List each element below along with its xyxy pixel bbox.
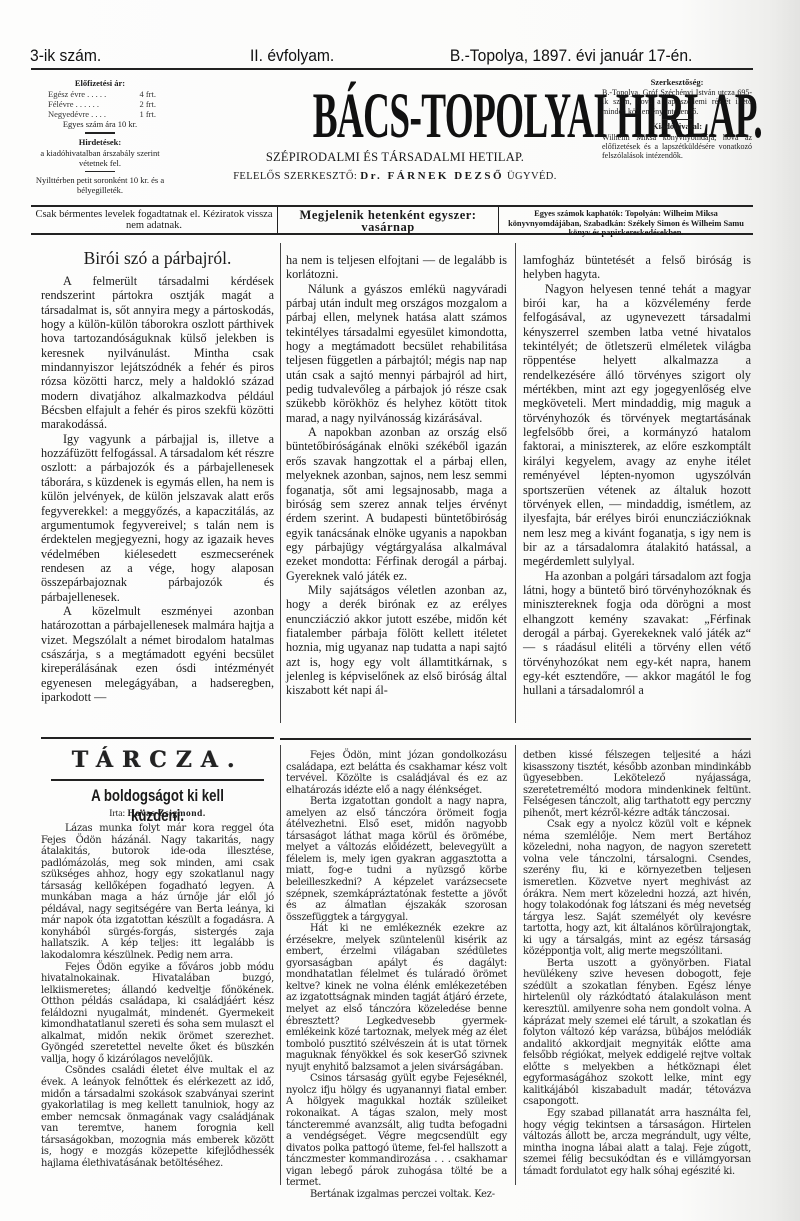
divider	[85, 171, 115, 173]
issue-line: 3-ik szám. II. évfolyam. B.-Topolya, 189…	[30, 46, 692, 66]
editorial-heading: Szerkesztőség:	[602, 78, 752, 87]
section-rule	[41, 737, 274, 739]
section-rule	[51, 779, 264, 781]
paragraph: Nagyon helyesen tenné tehát a magyar bir…	[523, 282, 751, 569]
article-column-2: ha nem is teljesen elfojtani — de legalá…	[286, 253, 507, 698]
paragraph: Hát ki ne emlékeznék ezekre az érzésekre…	[286, 923, 507, 1073]
article-column-3: lamfogház büntetését a felső biróság is …	[523, 253, 751, 698]
column-divider	[280, 745, 281, 1185]
paragraph: detben kissé félszegen teljesité a házi …	[523, 750, 751, 819]
place-date: B.-Topolya, 1897. évi január 17-én.	[450, 46, 693, 66]
paragraph: A napokban azonban az ország első büntet…	[286, 425, 507, 583]
section-title-tarcza: TÁRCZA.	[41, 747, 274, 773]
paragraph: A közelmult eszményei azonban határozott…	[41, 604, 274, 704]
story-author: Irta: Havas Zsigmond.	[41, 809, 274, 819]
paragraph: Nálunk a gyászos emlékü nagyváradi párba…	[286, 282, 507, 425]
paragraph: Berta izgatottan gondolt a nagy napra, a…	[286, 796, 507, 923]
paragraph: Berta uszott a gyönyörben. Fiatal hevülé…	[523, 958, 751, 1108]
paragraph: Csöndes családi életet élve multak el az…	[41, 1065, 274, 1169]
column-divider	[515, 243, 516, 723]
paragraph: Bertának izgalmas perczei voltak. Kez-	[286, 1189, 507, 1201]
story-title: A boldogságot ki kell küzdeni.	[67, 786, 249, 826]
newspaper-page: 3-ik szám. II. évfolyam. B.-Topolya, 189…	[0, 0, 800, 1221]
masthead: BÁCS-TOPOLYAI HIRLAP. SZÉPIRODALMI ÉS TÁ…	[175, 82, 615, 182]
paragraph: Lázas munka folyt már kora reggel óta Fe…	[41, 823, 274, 962]
paragraph: A felmerült társadalmi kérdések rendszer…	[41, 274, 274, 432]
top-rule	[31, 68, 753, 70]
paragraph: lamfogház büntetését a felső biróság is …	[523, 253, 751, 282]
sales-points: Egyes számok kaphatók: Topolyán: Wilheim…	[499, 207, 753, 233]
story-column-3: detben kissé félszegen teljesité a házi …	[523, 750, 751, 1177]
info-band: Csak bérmentes levelek fogadtatnak el. K…	[31, 205, 753, 235]
paragraph: Csak egy a nyolcz közül volt e képnek né…	[523, 819, 751, 958]
paragraph: Csinos társaság gyült egybe Fejeséknél, …	[286, 1073, 507, 1188]
issue-number: 3-ik szám.	[30, 46, 101, 66]
paragraph: Fejes Ödön, mint józan gondolkozásu csal…	[286, 750, 507, 796]
publisher-heading: Kiadóhivatal:	[602, 122, 752, 131]
paragraph: Mily sajátságos véletlen azonban az, hog…	[286, 583, 507, 698]
editor-name: Dr. FÁRNEK DEZSŐ	[360, 170, 504, 182]
column-divider	[280, 243, 281, 723]
column-divider	[515, 745, 516, 1185]
publisher-text: Wilheim Miksa könyvnyomdája, hova az elő…	[602, 133, 752, 161]
letters-notice: Csak bérmentes levelek fogadtatnak el. K…	[31, 207, 277, 233]
story-column-1: Lázas munka folyt már kora reggel óta Fe…	[41, 823, 274, 1169]
article-title: Birói szó a párbajról.	[41, 248, 274, 268]
price-row: Egész évre . . . . .4 frt.	[30, 89, 170, 99]
paragraph: Egy szabad pillanatát arra használta fel…	[523, 1108, 751, 1177]
subscription-heading: Előfizetési ár:	[30, 78, 170, 88]
section-rule	[280, 738, 751, 740]
paragraph: Fejes Ödön egyike a főváros jobb módu hi…	[41, 962, 274, 1066]
publication-schedule: Megjelenik hetenként egyszer: vasárnap	[277, 207, 499, 233]
paragraph: Ha azonban a polgári társadalom azt fogj…	[523, 569, 751, 698]
editorial-box: Szerkesztőség: B.-Topolya, Gróf Széchény…	[602, 78, 752, 160]
newspaper-subtitle: SZÉPIRODALMI ÉS TÁRSADALMI HETILAP.	[175, 150, 615, 165]
price-row: Félévre . . . . . .2 frt.	[30, 99, 170, 109]
story-column-2: Fejes Ödön, mint józan gondolkozásu csal…	[286, 750, 507, 1200]
article-column-1: Birói szó a párbajról. A felmerült társa…	[41, 253, 274, 704]
divider	[85, 132, 115, 134]
volume: II. évfolyam.	[250, 46, 334, 66]
nyiltter-text: Nyilttérben petit soronként 10 kr. és a …	[30, 175, 170, 195]
price-row: Negyedévre . . . .1 frt.	[30, 109, 170, 119]
single-issue-price: Egyes szám ára 10 kr.	[30, 119, 170, 129]
subscription-box: Előfizetési ár: Egész évre . . . . .4 fr…	[30, 78, 170, 195]
paragraph: ha nem is teljesen elfojtani — de legalá…	[286, 253, 507, 282]
ads-text: a kiadóhivatalban árszabály szerint véte…	[30, 148, 170, 168]
ads-heading: Hirdetések:	[30, 137, 170, 147]
editorial-address: B.-Topolya, Gróf Széchényi István utcza …	[602, 88, 752, 116]
divider	[662, 119, 692, 121]
paragraph: Igy vagyunk a párbajjal is, illetve a ho…	[41, 432, 274, 604]
responsible-editor: FELELŐS SZERKESZTŐ: Dr. FÁRNEK DEZSŐ ÜGY…	[175, 170, 615, 182]
